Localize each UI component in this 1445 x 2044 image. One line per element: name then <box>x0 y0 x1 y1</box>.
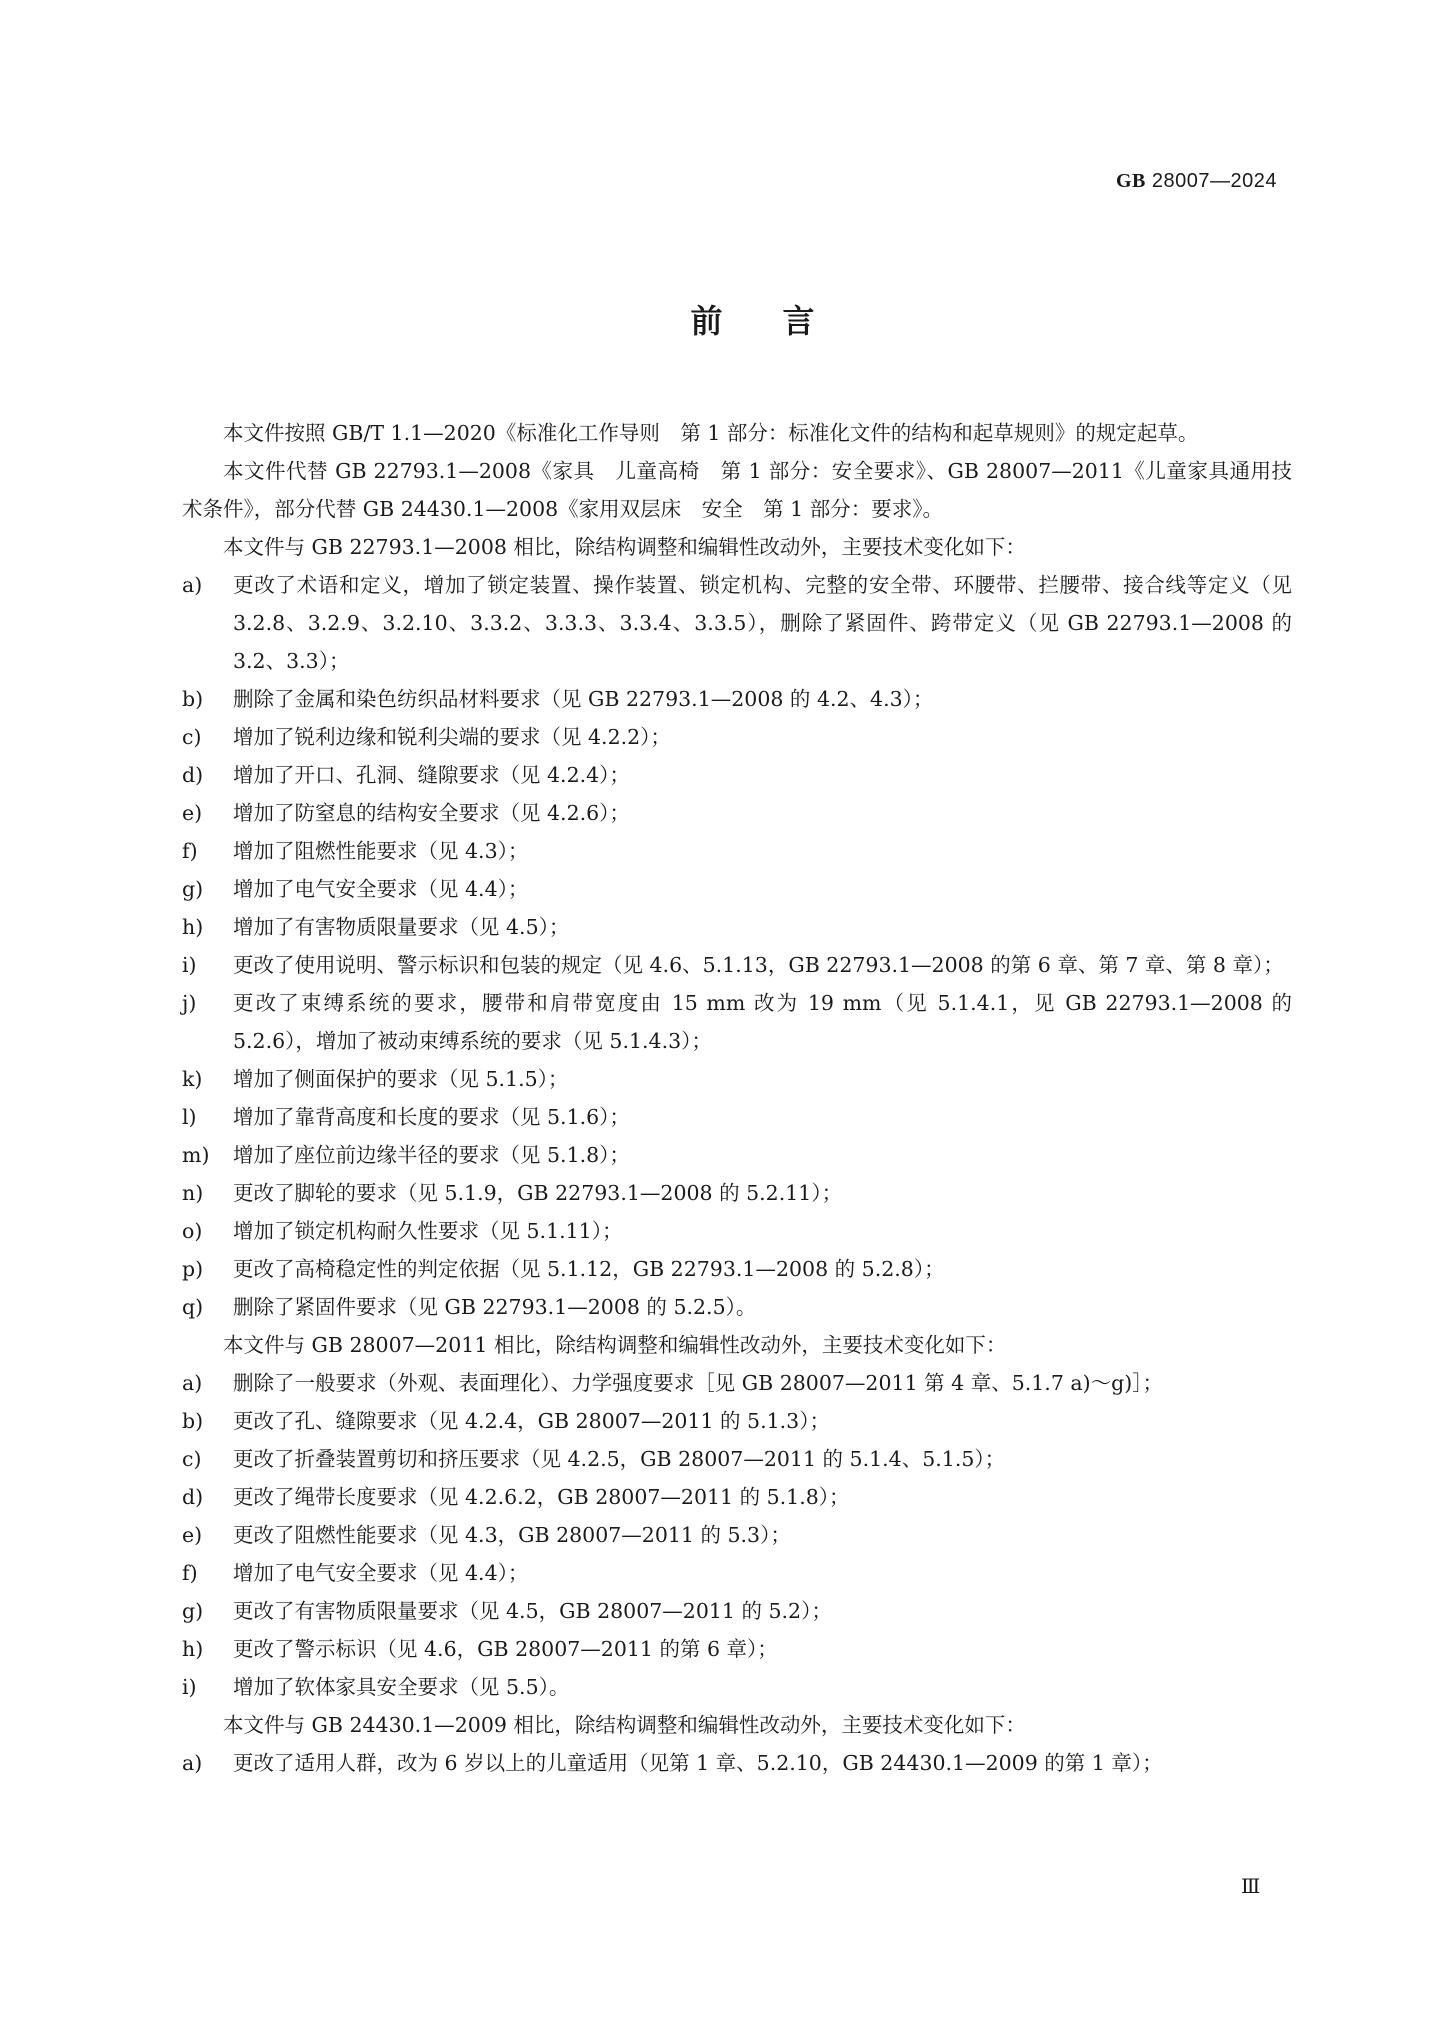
list-label: i) <box>182 1668 233 1706</box>
list-label: o) <box>182 1212 233 1250</box>
changes-list-gb22793: a)更改了术语和定义，增加了锁定装置、操作装置、锁定机构、完整的安全带、环腰带、… <box>182 566 1292 1326</box>
list-label: j) <box>182 984 233 1060</box>
paragraph-changes-vs-gb28007: 本文件与 GB 28007—2011 相比，除结构调整和编辑性改动外，主要技术变… <box>182 1326 1292 1364</box>
list-label: h) <box>182 1630 233 1668</box>
page-number: Ⅲ <box>1241 1874 1260 1898</box>
list-label: n) <box>182 1174 233 1212</box>
list-text: 删除了紧固件要求（见 GB 22793.1—2008 的 5.2.5）。 <box>233 1288 1292 1326</box>
list-label: e) <box>182 1516 233 1554</box>
list-label: i) <box>182 946 233 984</box>
list-text: 更改了脚轮的要求（见 5.1.9，GB 22793.1—2008 的 5.2.1… <box>233 1174 1292 1212</box>
list-item: f)增加了阻燃性能要求（见 4.3）； <box>182 832 1292 870</box>
list-item: l)增加了靠背高度和长度的要求（见 5.1.6）； <box>182 1098 1292 1136</box>
list-item: h)增加了有害物质限量要求（见 4.5）； <box>182 908 1292 946</box>
list-item: g)更改了有害物质限量要求（见 4.5，GB 28007—2011 的 5.2）… <box>182 1592 1292 1630</box>
list-text: 增加了侧面保护的要求（见 5.1.5）； <box>233 1060 1292 1098</box>
list-text: 增加了电气安全要求（见 4.4）； <box>233 1554 1292 1592</box>
list-label: f) <box>182 1554 233 1592</box>
list-item: d)增加了开口、孔洞、缝隙要求（见 4.2.4）； <box>182 756 1292 794</box>
list-text: 增加了软体家具安全要求（见 5.5）。 <box>233 1668 1292 1706</box>
list-label: l) <box>182 1098 233 1136</box>
list-item: c)增加了锐利边缘和锐利尖端的要求（见 4.2.2）； <box>182 718 1292 756</box>
list-text: 删除了一般要求（外观、表面理化）、力学强度要求［见 GB 28007—2011 … <box>233 1364 1292 1402</box>
list-item: k)增加了侧面保护的要求（见 5.1.5）； <box>182 1060 1292 1098</box>
list-item: a)更改了适用人群，改为 6 岁以上的儿童适用（见第 1 章、5.2.10，GB… <box>182 1744 1292 1782</box>
list-label: c) <box>182 1440 233 1478</box>
list-item: m)增加了座位前边缘半径的要求（见 5.1.8）； <box>182 1136 1292 1174</box>
list-item: a)删除了一般要求（外观、表面理化）、力学强度要求［见 GB 28007—201… <box>182 1364 1292 1402</box>
list-label: a) <box>182 1744 233 1782</box>
list-text: 增加了阻燃性能要求（见 4.3）； <box>233 832 1292 870</box>
list-label: e) <box>182 794 233 832</box>
list-text: 增加了有害物质限量要求（见 4.5）； <box>233 908 1292 946</box>
list-item: o)增加了锁定机构耐久性要求（见 5.1.11）； <box>182 1212 1292 1250</box>
list-text: 更改了术语和定义，增加了锁定装置、操作装置、锁定机构、完整的安全带、环腰带、拦腰… <box>233 566 1292 680</box>
list-text: 更改了束缚系统的要求，腰带和肩带宽度由 15 mm 改为 19 mm（见 5.1… <box>233 984 1292 1060</box>
list-text: 增加了座位前边缘半径的要求（见 5.1.8）； <box>233 1136 1292 1174</box>
list-text: 增加了锁定机构耐久性要求（见 5.1.11）； <box>233 1212 1292 1250</box>
foreword-body: 本文件按照 GB/T 1.1—2020《标准化工作导则 第 1 部分：标准化文件… <box>182 414 1292 1782</box>
list-label: h) <box>182 908 233 946</box>
list-item: d)更改了绳带长度要求（见 4.2.6.2，GB 28007—2011 的 5.… <box>182 1478 1292 1516</box>
list-label: d) <box>182 1478 233 1516</box>
paragraph-drafting-basis: 本文件按照 GB/T 1.1—2020《标准化工作导则 第 1 部分：标准化文件… <box>182 414 1292 452</box>
list-label: b) <box>182 1402 233 1440</box>
changes-list-gb28007: a)删除了一般要求（外观、表面理化）、力学强度要求［见 GB 28007—201… <box>182 1364 1292 1706</box>
list-item: q)删除了紧固件要求（见 GB 22793.1—2008 的 5.2.5）。 <box>182 1288 1292 1326</box>
list-item: e)更改了阻燃性能要求（见 4.3，GB 28007—2011 的 5.3）； <box>182 1516 1292 1554</box>
list-label: b) <box>182 680 233 718</box>
changes-list-gb24430: a)更改了适用人群，改为 6 岁以上的儿童适用（见第 1 章、5.2.10，GB… <box>182 1744 1292 1782</box>
list-label: d) <box>182 756 233 794</box>
list-label: f) <box>182 832 233 870</box>
list-text: 增加了电气安全要求（见 4.4）； <box>233 870 1292 908</box>
list-text: 增加了锐利边缘和锐利尖端的要求（见 4.2.2）； <box>233 718 1292 756</box>
list-label: g) <box>182 1592 233 1630</box>
list-label: c) <box>182 718 233 756</box>
list-text: 更改了使用说明、警示标识和包装的规定（见 4.6、5.1.13，GB 22793… <box>233 946 1292 984</box>
list-text: 更改了孔、缝隙要求（见 4.2.4，GB 28007—2011 的 5.1.3）… <box>233 1402 1292 1440</box>
list-text: 更改了有害物质限量要求（见 4.5，GB 28007—2011 的 5.2）； <box>233 1592 1292 1630</box>
list-text: 删除了金属和染色纺织品材料要求（见 GB 22793.1—2008 的 4.2、… <box>233 680 1292 718</box>
list-label: p) <box>182 1250 233 1288</box>
list-item: g)增加了电气安全要求（见 4.4）； <box>182 870 1292 908</box>
list-item: n)更改了脚轮的要求（见 5.1.9，GB 22793.1—2008 的 5.2… <box>182 1174 1292 1212</box>
standard-prefix: GB <box>1116 170 1146 192</box>
list-label: m) <box>182 1136 233 1174</box>
list-item: p)更改了高椅稳定性的判定依据（见 5.1.12，GB 22793.1—2008… <box>182 1250 1292 1288</box>
list-text: 更改了高椅稳定性的判定依据（见 5.1.12，GB 22793.1—2008 的… <box>233 1250 1292 1288</box>
list-text: 增加了防窒息的结构安全要求（见 4.2.6）； <box>233 794 1292 832</box>
list-item: e)增加了防窒息的结构安全要求（见 4.2.6）； <box>182 794 1292 832</box>
list-item: a)更改了术语和定义，增加了锁定装置、操作装置、锁定机构、完整的安全带、环腰带、… <box>182 566 1292 680</box>
standard-number: 28007—2024 <box>1152 170 1277 192</box>
list-text: 增加了开口、孔洞、缝隙要求（见 4.2.4）； <box>233 756 1292 794</box>
paragraph-changes-vs-gb24430: 本文件与 GB 24430.1—2009 相比，除结构调整和编辑性改动外，主要技… <box>182 1706 1292 1744</box>
list-label: g) <box>182 870 233 908</box>
list-text: 更改了警示标识（见 4.6，GB 28007—2011 的第 6 章）； <box>233 1630 1292 1668</box>
list-text: 增加了靠背高度和长度的要求（见 5.1.6）； <box>233 1098 1292 1136</box>
list-label: a) <box>182 566 233 680</box>
list-label: a) <box>182 1364 233 1402</box>
list-item: i)增加了软体家具安全要求（见 5.5）。 <box>182 1668 1292 1706</box>
list-item: b)删除了金属和染色纺织品材料要求（见 GB 22793.1—2008 的 4.… <box>182 680 1292 718</box>
paragraph-changes-vs-gb22793: 本文件与 GB 22793.1—2008 相比，除结构调整和编辑性改动外，主要技… <box>182 528 1292 566</box>
list-text: 更改了折叠装置剪切和挤压要求（见 4.2.5，GB 28007—2011 的 5… <box>233 1440 1292 1478</box>
list-item: b)更改了孔、缝隙要求（见 4.2.4，GB 28007—2011 的 5.1.… <box>182 1402 1292 1440</box>
list-item: j)更改了束缚系统的要求，腰带和肩带宽度由 15 mm 改为 19 mm（见 5… <box>182 984 1292 1060</box>
page-title: 前言 <box>0 296 1445 342</box>
document-number: GB28007—2024 <box>1116 170 1277 193</box>
list-label: q) <box>182 1288 233 1326</box>
list-item: h)更改了警示标识（见 4.6，GB 28007—2011 的第 6 章）； <box>182 1630 1292 1668</box>
list-item: c)更改了折叠装置剪切和挤压要求（见 4.2.5，GB 28007—2011 的… <box>182 1440 1292 1478</box>
list-label: k) <box>182 1060 233 1098</box>
list-text: 更改了绳带长度要求（见 4.2.6.2，GB 28007—2011 的 5.1.… <box>233 1478 1292 1516</box>
list-text: 更改了适用人群，改为 6 岁以上的儿童适用（见第 1 章、5.2.10，GB 2… <box>233 1744 1292 1782</box>
list-item: f)增加了电气安全要求（见 4.4）； <box>182 1554 1292 1592</box>
paragraph-replaces: 本文件代替 GB 22793.1—2008《家具 儿童高椅 第 1 部分：安全要… <box>182 452 1292 528</box>
list-text: 更改了阻燃性能要求（见 4.3，GB 28007—2011 的 5.3）； <box>233 1516 1292 1554</box>
list-item: i)更改了使用说明、警示标识和包装的规定（见 4.6、5.1.13，GB 227… <box>182 946 1292 984</box>
